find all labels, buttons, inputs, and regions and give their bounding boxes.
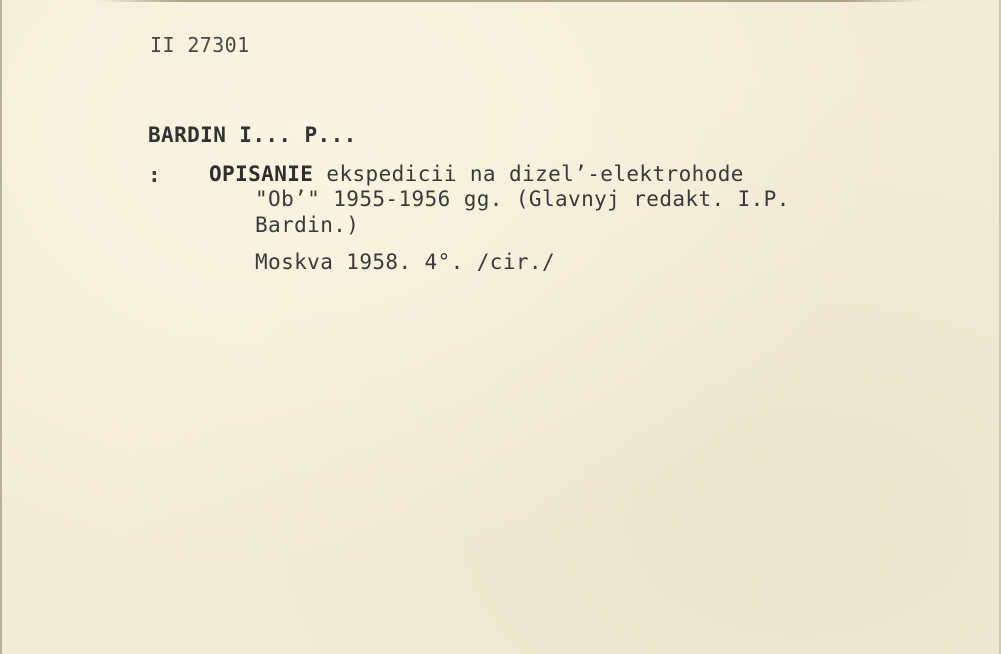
title-line-2: "Ob’" 1955-1956 gg. (Glavnyj redakt. I.P… — [255, 189, 790, 210]
catalog-card: II 27301 BARDIN I... P... : OPISANIE eks… — [0, 0, 1001, 654]
imprint-line: Moskva 1958. 4°. /cir./ — [255, 252, 555, 273]
title-line-1: OPISANIE ekspedicii na dizel’-elektrohod… — [209, 164, 744, 185]
entry-marker: : — [148, 165, 161, 186]
card-top-edge — [97, 0, 927, 2]
call-number: II 27301 — [150, 35, 250, 55]
title-line-3: Bardin.) — [255, 215, 359, 236]
title-line-1-rest: ekspedicii na dizel’-elektrohode — [313, 162, 743, 186]
author-heading: BARDIN I... P... — [148, 125, 357, 146]
title-lead-word: OPISANIE — [209, 162, 313, 186]
